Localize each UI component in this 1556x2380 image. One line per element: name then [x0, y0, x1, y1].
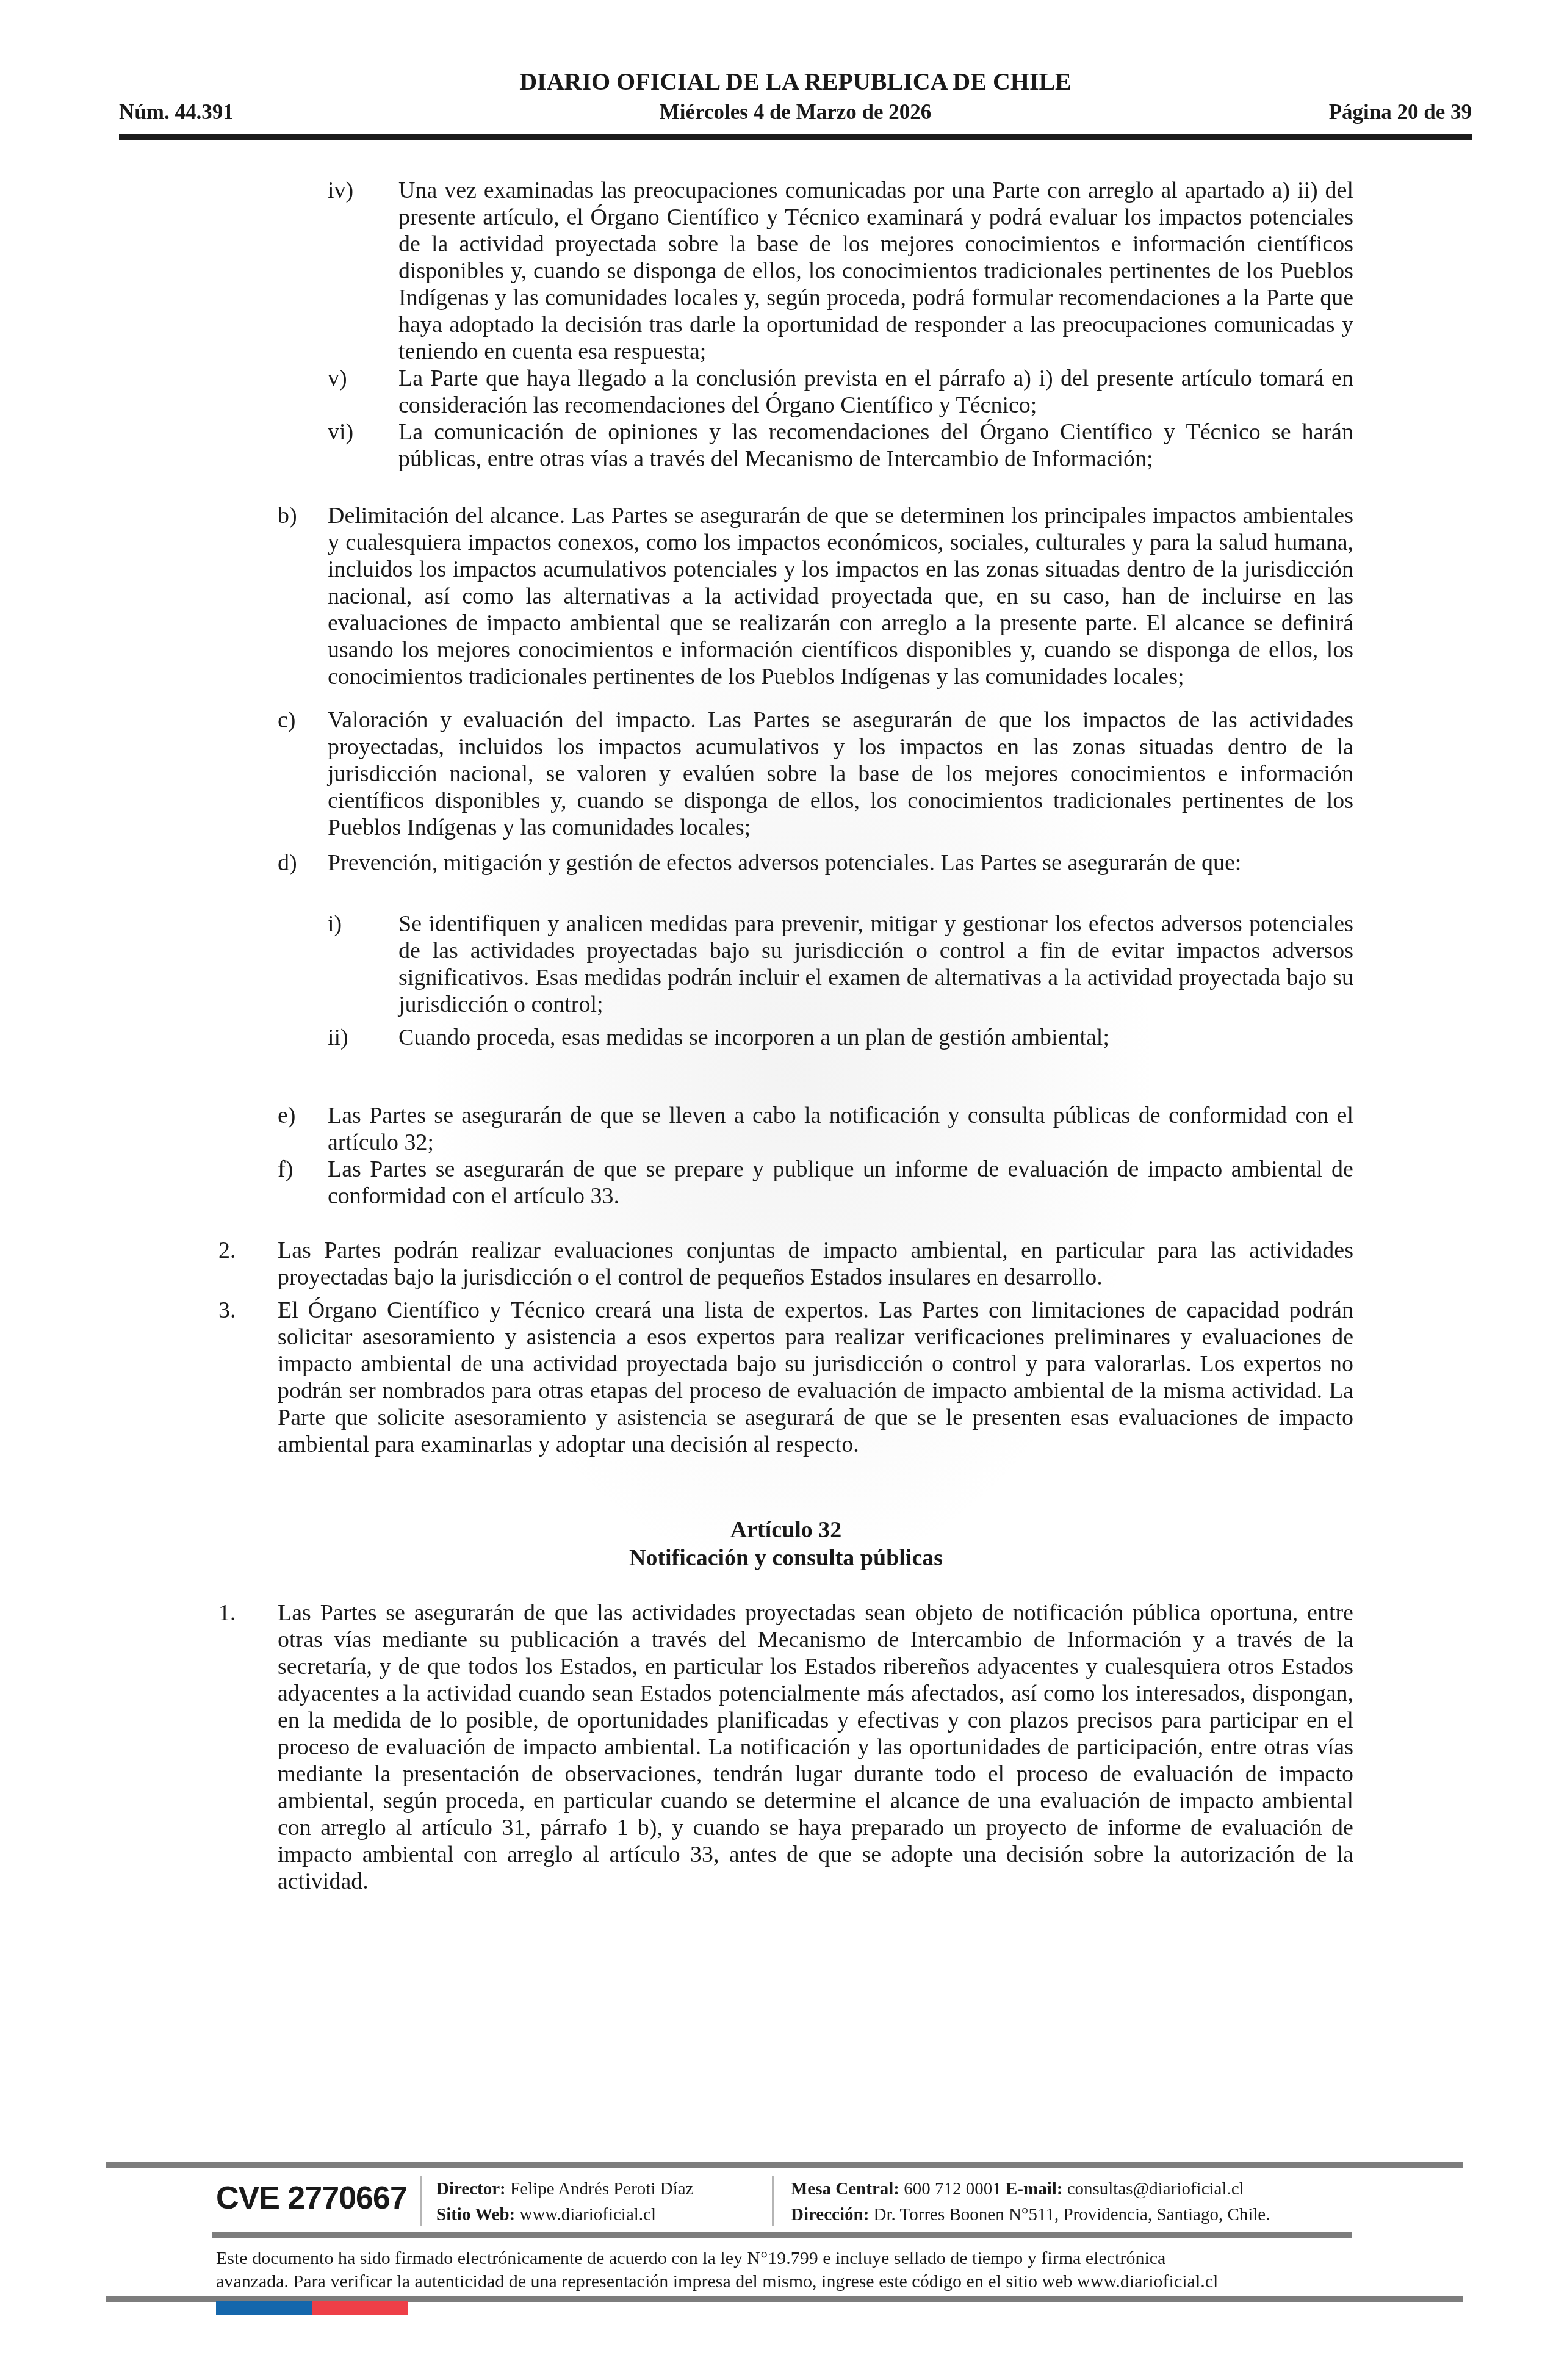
article-title: Notificación y consulta públicas — [218, 1544, 1353, 1572]
list-item: 3. El Órgano Científico y Técnico creará… — [218, 1297, 1556, 1458]
list-marker: 3. — [218, 1297, 278, 1458]
gazette-page: DIARIO OFICIAL DE LA REPUBLICA DE CHILE … — [0, 0, 1556, 2380]
mesa-central-value: 600 712 0001 — [899, 2179, 1006, 2199]
list-text: Se identifiquen y analicen medidas para … — [398, 911, 1353, 1018]
header-rule — [119, 134, 1472, 140]
page-indicator: Página 20 de 39 — [1329, 100, 1472, 124]
list-item: e) Las Partes se asegurarán de que se ll… — [278, 1102, 1556, 1156]
list-text: Cuando proceda, esas medidas se incorpor… — [398, 1024, 1353, 1051]
footer-contact-column: Mesa Central: 600 712 0001 E-mail: consu… — [791, 2176, 1270, 2227]
issue-date: Miércoles 4 de Marzo de 2026 — [660, 100, 931, 124]
mesa-central-line: Mesa Central: 600 712 0001 E-mail: consu… — [791, 2176, 1270, 2202]
list-item: i) Se identifiquen y analicen medidas pa… — [328, 911, 1556, 1018]
direccion-line: Dirección: Dr. Torres Boonen N°511, Prov… — [791, 2202, 1270, 2227]
list-marker: f) — [278, 1156, 328, 1210]
list-text: Valoración y evaluación del impacto. Las… — [328, 707, 1353, 841]
list-item: c) Valoración y evaluación del impacto. … — [278, 707, 1556, 841]
document-body: iv) Una vez examinadas las preocupacione… — [0, 145, 1556, 1895]
list-text: La Parte que haya llegado a la conclusió… — [398, 365, 1353, 419]
footer-divider — [420, 2176, 422, 2226]
chile-flag-blue-bar — [216, 2301, 312, 2315]
list-item: vi) La comunicación de opiniones y las r… — [328, 419, 1556, 472]
list-marker: i) — [328, 911, 398, 1018]
gazette-title: DIARIO OFICIAL DE LA REPUBLICA DE CHILE — [119, 68, 1472, 95]
list-marker: b) — [278, 502, 328, 690]
list-item: f) Las Partes se asegurarán de que se pr… — [278, 1156, 1556, 1210]
list-marker: 2. — [218, 1237, 278, 1291]
legal-line-1: Este documento ha sido firmado electróni… — [216, 2247, 1375, 2270]
article-heading: Artículo 32 Notificación y consulta públ… — [218, 1516, 1353, 1572]
sitio-line: Sitio Web: www.diarioficial.cl — [436, 2202, 693, 2227]
direccion-label: Dirección: — [791, 2205, 869, 2224]
sitio-web-label: Sitio Web: — [436, 2205, 515, 2224]
list-text: Las Partes se asegurarán de que se lleve… — [328, 1102, 1353, 1156]
list-text: Las Partes se asegurarán de que se prepa… — [328, 1156, 1353, 1210]
list-marker: 1. — [218, 1599, 278, 1895]
list-item: 2. Las Partes podrán realizar evaluacion… — [218, 1237, 1556, 1291]
list-text: Las Partes podrán realizar evaluaciones … — [278, 1237, 1353, 1291]
footer-middle-rule — [212, 2232, 1352, 2238]
list-marker: v) — [328, 365, 398, 419]
list-item: v) La Parte que haya llegado a la conclu… — [328, 365, 1556, 419]
list-item: d) Prevención, mitigación y gestión de e… — [278, 849, 1556, 876]
email-value: consultas@diarioficial.cl — [1062, 2179, 1244, 2199]
page-header: DIARIO OFICIAL DE LA REPUBLICA DE CHILE … — [119, 68, 1472, 140]
list-item: 1. Las Partes se asegurarán de que las a… — [218, 1599, 1556, 1895]
cve-code: CVE 2770667 — [216, 2182, 407, 2214]
list-marker: d) — [278, 849, 328, 876]
footer-director-column: Director: Felipe Andrés Peroti Díaz Siti… — [436, 2176, 693, 2227]
list-marker: c) — [278, 707, 328, 841]
chile-flag-red-bar — [312, 2301, 408, 2315]
legal-notice: Este documento ha sido firmado electróni… — [216, 2247, 1375, 2293]
footer-divider — [772, 2176, 774, 2226]
issue-number: Núm. 44.391 — [119, 100, 234, 124]
list-text: El Órgano Científico y Técnico creará un… — [278, 1297, 1353, 1458]
header-meta-row: Núm. 44.391 Miércoles 4 de Marzo de 2026… — [119, 100, 1472, 124]
list-marker: vi) — [328, 419, 398, 472]
article-number: Artículo 32 — [218, 1516, 1353, 1544]
list-marker: ii) — [328, 1024, 398, 1051]
list-item: b) Delimitación del alcance. Las Partes … — [278, 502, 1556, 690]
list-text: Una vez examinadas las preocupaciones co… — [398, 177, 1353, 365]
list-text: Prevención, mitigación y gestión de efec… — [328, 849, 1353, 876]
sitio-web-value: www.diarioficial.cl — [515, 2205, 656, 2224]
legal-line-2: avanzada. Para verificar la autenticidad… — [216, 2270, 1375, 2293]
footer-top-rule — [106, 2162, 1463, 2168]
list-marker: e) — [278, 1102, 328, 1156]
director-name: Felipe Andrés Peroti Díaz — [506, 2179, 694, 2199]
list-item: ii) Cuando proceda, esas medidas se inco… — [328, 1024, 1556, 1051]
direccion-value: Dr. Torres Boonen N°511, Providencia, Sa… — [869, 2205, 1270, 2224]
director-line: Director: Felipe Andrés Peroti Díaz — [436, 2176, 693, 2202]
email-label: E-mail: — [1006, 2179, 1062, 2199]
mesa-central-label: Mesa Central: — [791, 2179, 899, 2199]
list-text: Las Partes se asegurarán de que las acti… — [278, 1599, 1353, 1895]
list-item: iv) Una vez examinadas las preocupacione… — [328, 177, 1556, 365]
director-label: Director: — [436, 2179, 506, 2199]
list-marker: iv) — [328, 177, 398, 365]
list-text: Delimitación del alcance. Las Partes se … — [328, 502, 1353, 690]
list-text: La comunicación de opiniones y las recom… — [398, 419, 1353, 472]
